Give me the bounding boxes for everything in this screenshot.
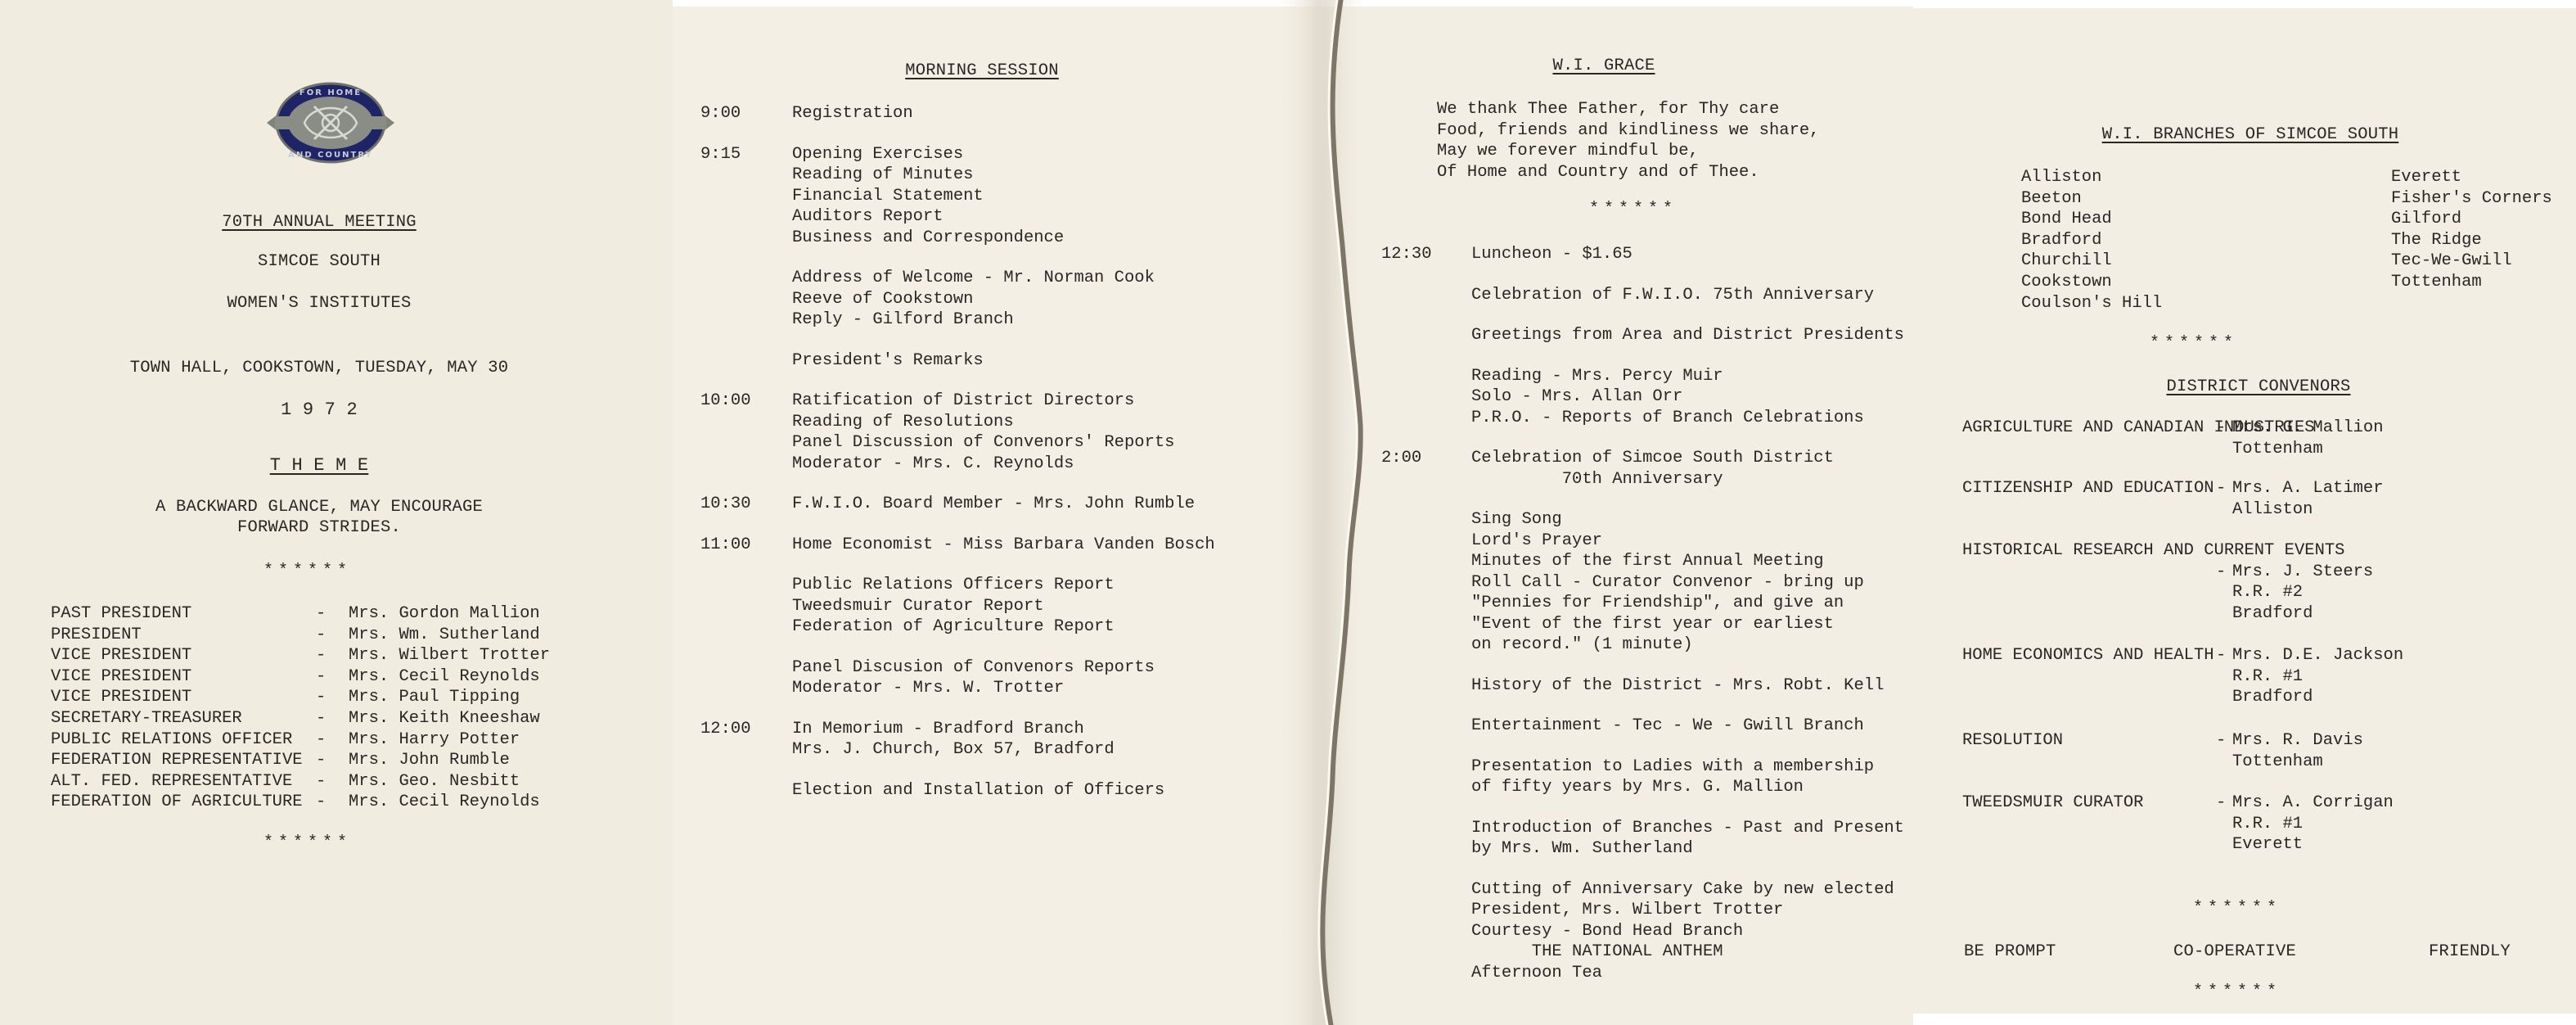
convenor-address: R.R. #1 xyxy=(2232,666,2303,687)
schedule-item: Panel Discusion of Convenors Reports xyxy=(792,657,1155,678)
branch-name: The Ridge xyxy=(2391,230,2482,251)
schedule-item: Celebration of F.W.I.O. 75th Anniversary xyxy=(1471,285,1874,305)
schedule-item: Registration xyxy=(792,103,913,124)
motto-friendly: FRIENDLY xyxy=(2429,941,2511,962)
badge-top-text: FOR HOME xyxy=(299,88,362,97)
schedule-item: Auditors Report xyxy=(792,206,943,227)
branch-name: Bond Head xyxy=(2021,209,2112,229)
officer-role: PUBLIC RELATIONS OFFICER xyxy=(51,729,292,750)
dash-separator: - xyxy=(316,603,326,624)
dash-separator: - xyxy=(316,625,326,645)
dash-separator: - xyxy=(2216,418,2226,438)
schedule-time: 2:00 xyxy=(1381,448,1421,468)
dash-separator: - xyxy=(316,729,326,750)
officer-role: PAST PRESIDENT xyxy=(51,603,191,624)
convenor-address: Tottenham xyxy=(2232,439,2323,459)
schedule-time: 9:15 xyxy=(700,144,741,165)
motto-prompt: BE PROMPT xyxy=(1964,941,2056,962)
badge-bottom-text: AND COUNTRY xyxy=(288,151,372,160)
schedule-item: Address of Welcome - Mr. Norman Cook xyxy=(792,268,1155,288)
separator-stars: ****** xyxy=(263,562,352,580)
officer-name: Mrs. Cecil Reynolds xyxy=(349,666,540,687)
schedule-item: Minutes of the first Annual Meeting xyxy=(1471,551,1824,571)
schedule-item: Introduction of Branches - Past and Pres… xyxy=(1471,818,1904,838)
grace-line: May we forever mindful be, xyxy=(1437,141,1699,161)
theme-line-2: FORWARD STRIDES. xyxy=(0,517,638,538)
branch-name: Tec-We-Gwill xyxy=(2391,251,2512,271)
dash-separator: - xyxy=(316,687,326,707)
separator-stars: ****** xyxy=(2193,982,2281,1001)
grace-line: Food, friends and kindliness we share, xyxy=(1437,120,1819,141)
schedule-item: by Mrs. Wm. Sutherland xyxy=(1471,838,1693,859)
binding-string-icon xyxy=(1277,0,1367,1025)
schedule-item: In Memorium - Bradford Branch xyxy=(792,719,1084,739)
schedule-item: Tweedsmuir Curator Report xyxy=(792,596,1044,616)
schedule-item: Panel Discussion of Convenors' Reports xyxy=(792,432,1174,453)
separator-stars: ****** xyxy=(2193,899,2281,918)
schedule-item: Sing Song xyxy=(1471,509,1562,530)
schedule-item: Celebration of Simcoe South District xyxy=(1471,448,1834,468)
convenor-address: R.R. #2 xyxy=(2232,582,2303,603)
branch-name: Coulson's Hill xyxy=(2021,293,2162,314)
officer-role: PRESIDENT xyxy=(51,625,142,645)
schedule-item: Solo - Mrs. Allan Orr xyxy=(1471,386,1682,407)
schedule-time: 10:00 xyxy=(700,391,751,411)
branch-name: Churchill xyxy=(2021,251,2112,271)
convenor-portfolio: HISTORICAL RESEARCH AND CURRENT EVENTS xyxy=(1962,540,2344,561)
schedule-item: "Pennies for Friendship", and give an xyxy=(1471,593,1844,613)
schedule-item: Cutting of Anniversary Cake by new elect… xyxy=(1471,879,1894,900)
officer-role: SECRETARY-TREASURER xyxy=(51,708,242,729)
schedule-item: Election and Installation of Officers xyxy=(792,780,1164,801)
dash-separator: - xyxy=(316,771,326,792)
schedule-item: Presentation to Ladies with a membership xyxy=(1471,756,1874,777)
schedule-item: Lord's Prayer xyxy=(1471,531,1602,551)
schedule-item: Reading of Resolutions xyxy=(792,412,1014,432)
schedule-item: P.R.O. - Reports of Branch Celebrations xyxy=(1471,408,1864,428)
schedule-item: Financial Statement xyxy=(792,186,984,206)
theme-line-1: A BACKWARD GLANCE, MAY ENCOURAGE xyxy=(0,497,638,517)
schedule-item: Moderator - Mrs. C. Reynolds xyxy=(792,454,1074,474)
convenor-portfolio: CITIZENSHIP AND EDUCATION xyxy=(1962,478,2214,499)
dash-separator: - xyxy=(316,750,326,770)
convenor-portfolio: RESOLUTION xyxy=(1962,730,2063,751)
officer-name: Mrs. Paul Tipping xyxy=(349,687,520,707)
convenor-name: Mrs. R. Davis xyxy=(2232,730,2363,751)
district-name: SIMCOE SOUTH xyxy=(0,251,638,272)
branches-title: W.I. BRANCHES OF SIMCOE SOUTH xyxy=(2046,124,2455,145)
schedule-item: Entertainment - Tec - We - Gwill Branch xyxy=(1471,716,1864,736)
branch-name: Tottenham xyxy=(2391,272,2482,292)
convenor-address: Everett xyxy=(2232,834,2303,855)
convenor-portfolio: TWEEDSMUIR CURATOR xyxy=(1962,792,2143,813)
schedule-time: 11:00 xyxy=(700,535,751,555)
schedule-item: Luncheon - $1.65 xyxy=(1471,244,1633,264)
meeting-year: 1 9 7 2 xyxy=(0,400,638,420)
officer-name: Mrs. John Rumble xyxy=(349,750,510,770)
schedule-item: Opening Exercises xyxy=(792,144,963,165)
schedule-item: 70th Anniversary xyxy=(1471,469,1723,490)
officer-role: ALT. FED. REPRESENTATIVE xyxy=(51,771,292,792)
officer-name: Mrs. Wilbert Trotter xyxy=(349,645,550,666)
dash-separator: - xyxy=(316,792,326,812)
schedule-item: Reply - Gilford Branch xyxy=(792,309,1014,330)
page-edge-bottom xyxy=(1948,1014,2576,1025)
schedule-item: Afternoon Tea xyxy=(1471,963,1602,983)
schedule-item: History of the District - Mrs. Robt. Kel… xyxy=(1471,675,1884,696)
schedule-time: 12:30 xyxy=(1381,244,1432,264)
officer-name: Mrs. Geo. Nesbitt xyxy=(349,771,520,792)
morning-session-panel xyxy=(673,7,1327,1025)
officer-name: Mrs. Cecil Reynolds xyxy=(349,792,540,812)
organization-name: WOMEN'S INSTITUTES xyxy=(0,293,638,314)
officer-role: FEDERATION OF AGRICULTURE xyxy=(51,792,303,812)
schedule-time: 12:00 xyxy=(700,719,751,739)
branch-name: Everett xyxy=(2391,167,2461,187)
dash-separator: - xyxy=(316,645,326,666)
schedule-item: Reading - Mrs. Percy Muir xyxy=(1471,366,1723,386)
schedule-item: on record." (1 minute) xyxy=(1471,634,1693,655)
convenor-address: Bradford xyxy=(2232,687,2313,707)
branch-name: Fisher's Corners xyxy=(2391,188,2552,209)
schedule-item: Ratification of District Directors xyxy=(792,391,1134,411)
schedule-item: Business and Correspondence xyxy=(792,228,1064,248)
convenor-name: Mrs. D.E. Jackson xyxy=(2232,645,2403,666)
officer-name: Mrs. Wm. Sutherland xyxy=(349,625,540,645)
branch-name: Cookstown xyxy=(2021,272,2112,292)
branch-name: Bradford xyxy=(2021,230,2101,251)
venue-date: TOWN HALL, COOKSTOWN, TUESDAY, MAY 30 xyxy=(0,358,638,378)
convenor-address: Bradford xyxy=(2232,603,2313,624)
schedule-item: Home Economist - Miss Barbara Vanden Bos… xyxy=(792,535,1215,555)
schedule-item: President's Remarks xyxy=(792,350,984,371)
schedule-item: of fifty years by Mrs. G. Mallion xyxy=(1471,777,1804,797)
officer-name: Mrs. Harry Potter xyxy=(349,729,520,750)
dash-separator: - xyxy=(2216,792,2226,813)
convenor-name: Mrs. A. Latimer xyxy=(2232,478,2384,499)
page-edge-top xyxy=(1913,0,2576,8)
schedule-item: Courtesy - Bond Head Branch xyxy=(1471,921,1743,941)
meeting-title: 70TH ANNUAL MEETING xyxy=(0,212,638,233)
schedule-item: Mrs. J. Church, Box 57, Bradford xyxy=(792,739,1115,760)
officer-role: VICE PRESIDENT xyxy=(51,666,191,687)
schedule-item: F.W.I.O. Board Member - Mrs. John Rumble xyxy=(792,494,1195,514)
convenor-name: Mrs. A. Corrigan xyxy=(2232,792,2394,813)
dash-separator: - xyxy=(316,666,326,687)
convenor-portfolio: HOME ECONOMICS AND HEALTH xyxy=(1962,645,2214,666)
convenor-name: Mrs. J. Steers xyxy=(2232,562,2373,582)
separator-stars: ****** xyxy=(1589,200,1678,219)
dash-separator: - xyxy=(2216,478,2226,499)
dash-separator: - xyxy=(2216,645,2226,666)
schedule-item: THE NATIONAL ANTHEM xyxy=(1471,941,1723,962)
schedule-item: Roll Call - Curator Convenor - bring up xyxy=(1471,572,1864,593)
officer-name: Mrs. Gordon Mallion xyxy=(349,603,540,624)
dash-separator: - xyxy=(2216,730,2226,751)
motto-cooperative: CO-OPERATIVE xyxy=(2173,941,2296,962)
schedule-item: "Event of the first year or earliest xyxy=(1471,614,1834,634)
convenor-address: R.R. #1 xyxy=(2232,814,2303,834)
morning-session-title: MORNING SESSION xyxy=(818,61,1146,81)
convenor-address: Alliston xyxy=(2232,499,2313,520)
branch-name: Alliston xyxy=(2021,167,2101,187)
grace-line: Of Home and Country and of Thee. xyxy=(1437,162,1759,183)
schedule-time: 9:00 xyxy=(700,103,741,124)
grace-title: W.I. GRACE xyxy=(1481,56,1727,76)
theme-heading: T H E M E xyxy=(0,455,638,476)
convenors-title: DISTRICT CONVENORS xyxy=(2095,377,2422,397)
wi-crest-icon: FOR HOME AND COUNTRY xyxy=(263,80,398,165)
schedule-item: Reeve of Cookstown xyxy=(792,289,973,309)
dash-separator: - xyxy=(316,708,326,729)
schedule-item: Moderator - Mrs. W. Trotter xyxy=(792,678,1064,698)
schedule-time: 10:30 xyxy=(700,494,751,514)
officer-name: Mrs. Keith Kneeshaw xyxy=(349,708,540,729)
convenor-name: Mrs. G. Mallion xyxy=(2232,418,2384,438)
officer-role: VICE PRESIDENT xyxy=(51,687,191,707)
schedule-item: Federation of Agriculture Report xyxy=(792,616,1115,637)
officer-role: FEDERATION REPRESENTATIVE xyxy=(51,750,303,770)
convenor-address: Tottenham xyxy=(2232,752,2323,772)
branch-name: Gilford xyxy=(2391,209,2461,229)
grace-line: We thank Thee Father, for Thy care xyxy=(1437,99,1779,120)
schedule-item: Reading of Minutes xyxy=(792,165,973,185)
schedule-item: Public Relations Officers Report xyxy=(792,575,1115,595)
branch-name: Beeton xyxy=(2021,188,2082,209)
schedule-item: Greetings from Area and District Preside… xyxy=(1471,325,1904,345)
schedule-item: President, Mrs. Wilbert Trotter xyxy=(1471,900,1783,920)
officer-role: VICE PRESIDENT xyxy=(51,645,191,666)
separator-stars: ****** xyxy=(2150,334,2238,353)
separator-stars: ****** xyxy=(263,833,352,852)
dash-separator: - xyxy=(2216,562,2226,582)
